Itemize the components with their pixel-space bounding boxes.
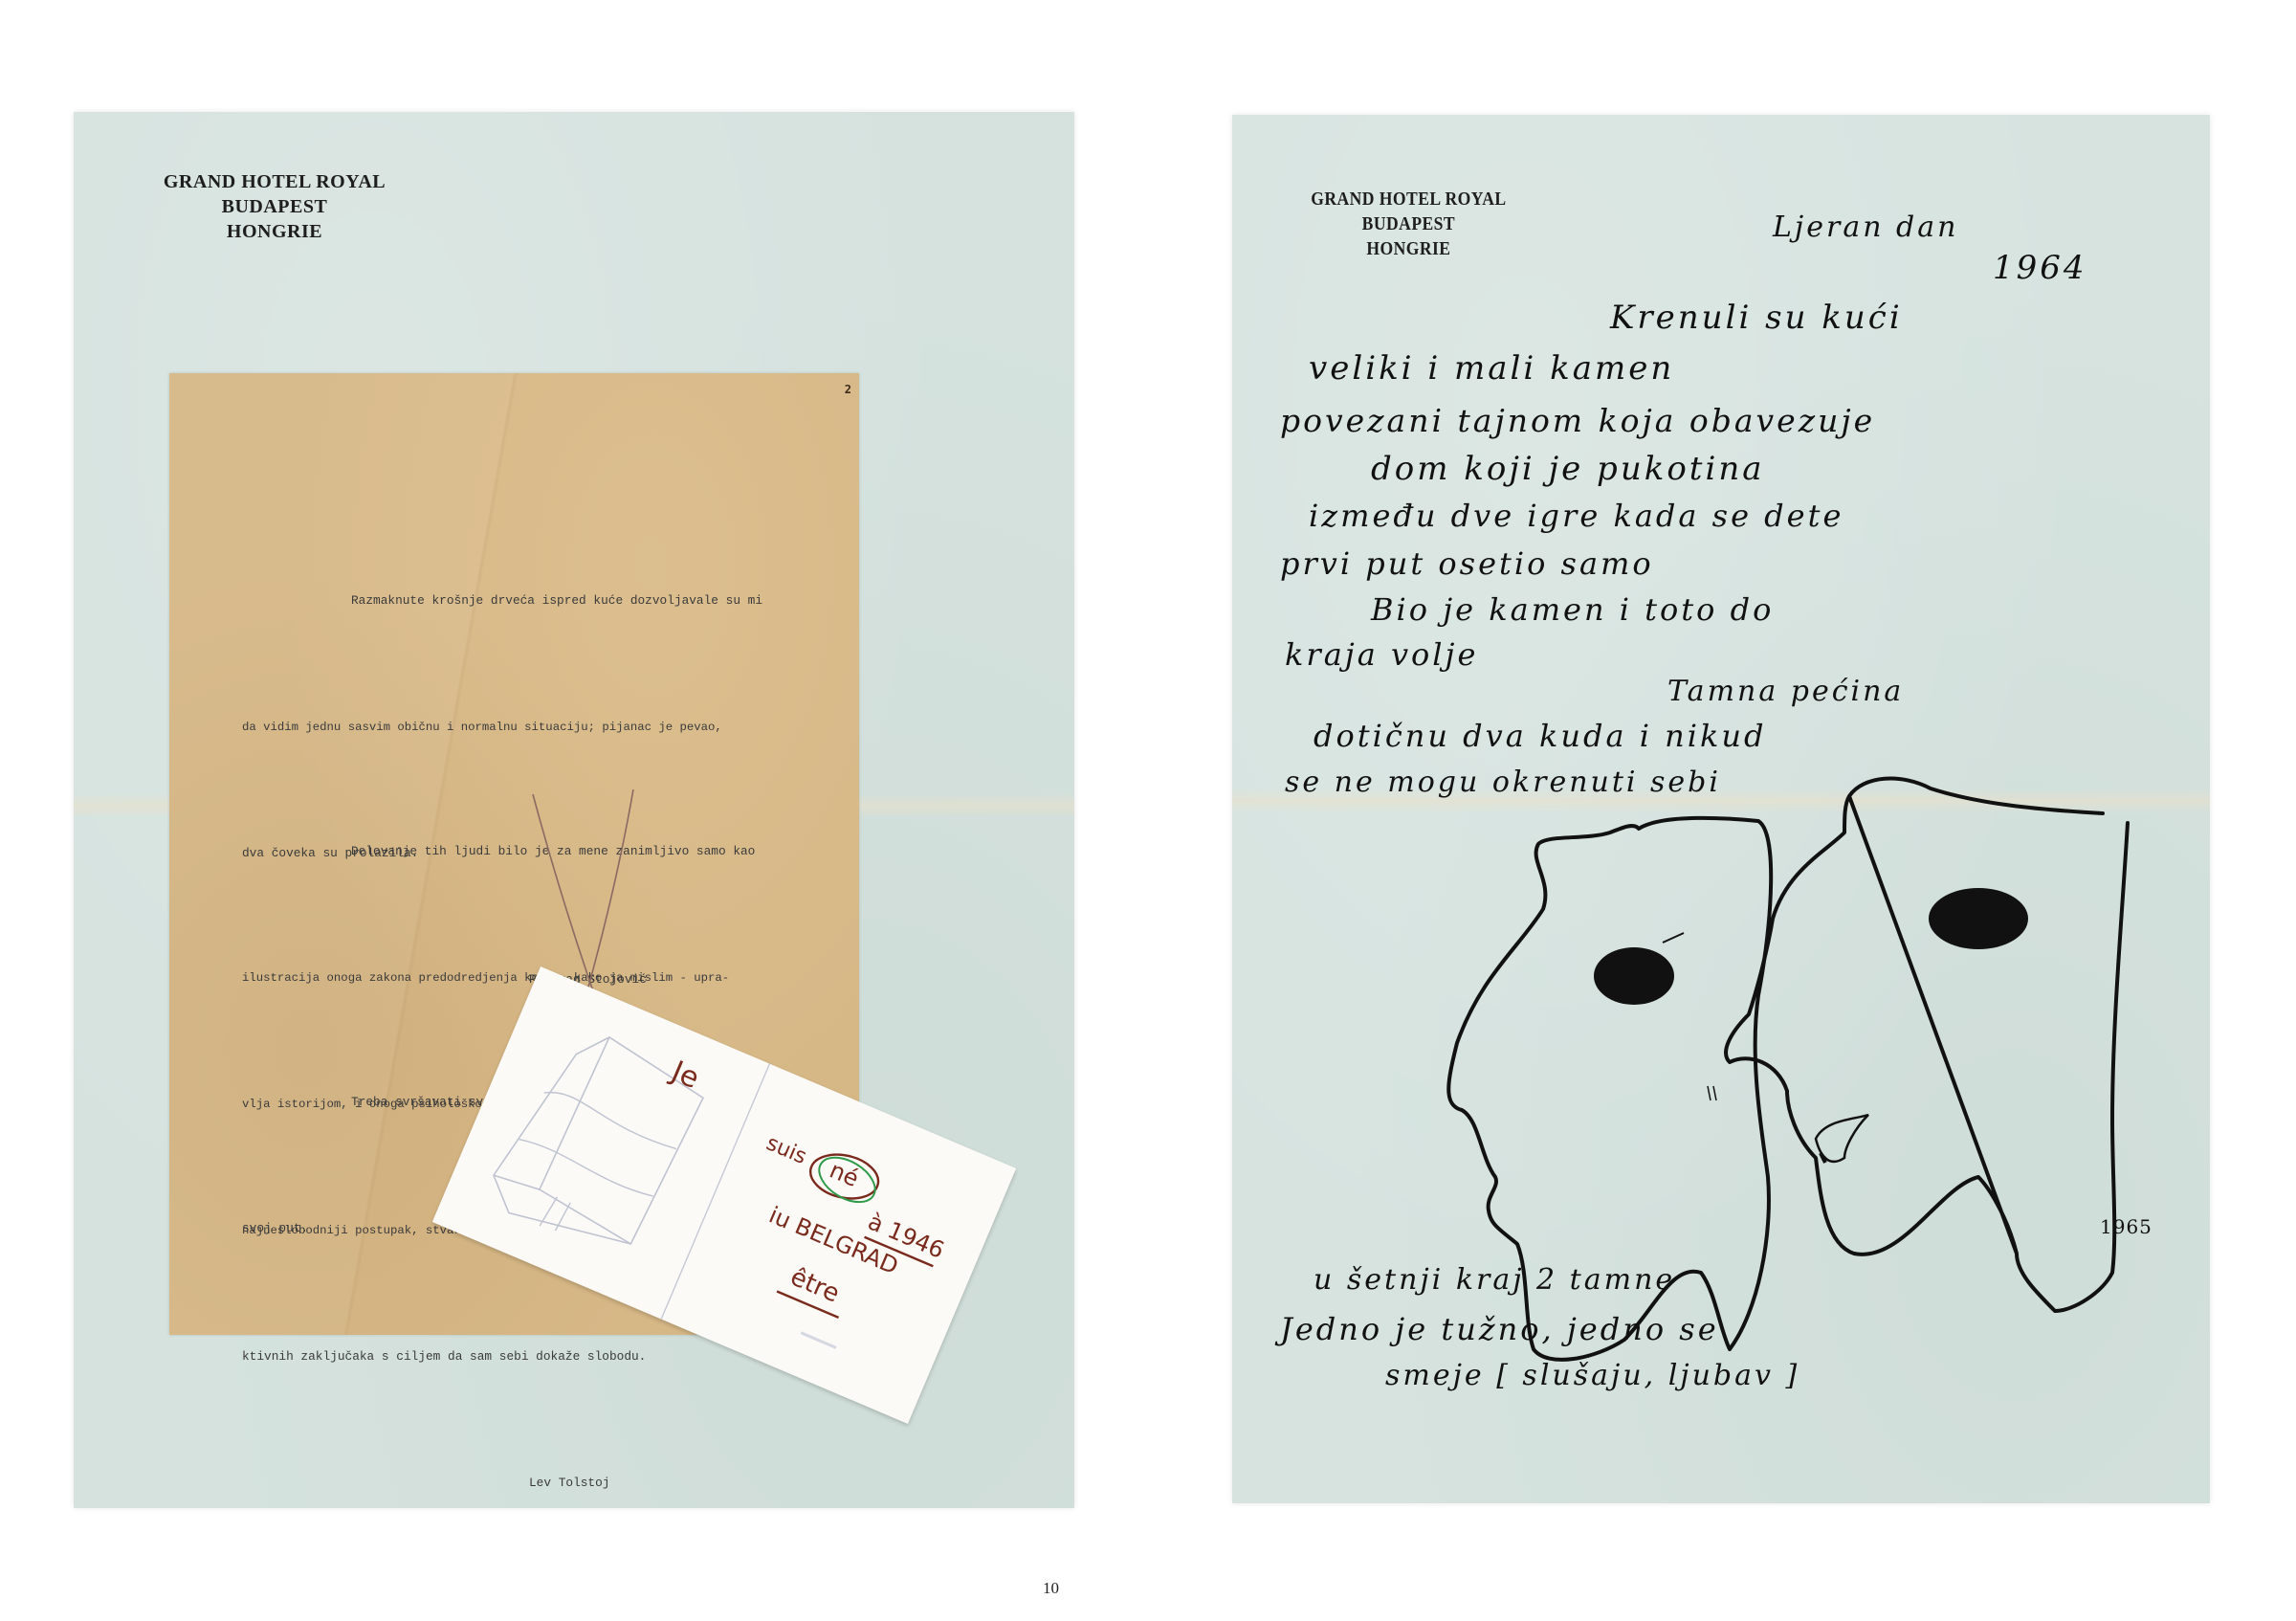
page-number: 10 [1043,1579,1059,1598]
letterhead-right: GRAND HOTEL ROYAL BUDAPEST HONGRIE [1299,187,1518,261]
closing-line: u šetnji kraj 2 tamne [1314,1263,1675,1297]
closing-line: Jedno je tužno, jedno se [1280,1311,1719,1347]
left-letter-sheet: GRAND HOTEL ROYAL BUDAPEST HONGRIE 2 Raz… [74,112,1074,1508]
letter-line: veliki i mali kamen [1309,349,1674,388]
letter-line: prvi put osetio samo [1280,545,1654,582]
letter-line: Bio je kamen i toto do [1371,591,1774,628]
dateline-year: 1964 [1993,249,2087,287]
letter-line: dotičnu dva kuda i nikud [1314,718,1766,754]
typed-line: Delovanje tih ljudi bilo je za mene zani… [242,831,816,873]
letterhead-line: BUDAPEST [150,194,399,219]
letterhead-line: GRAND HOTEL ROYAL [1299,187,1518,211]
letter-line: Tamna pećina [1667,675,1904,708]
drawing-year: 1965 [2100,1215,2152,1238]
letterhead-line: GRAND HOTEL ROYAL [150,169,399,194]
typed-line: Razmaknute krošnje drveća ispred kuće do… [242,580,816,622]
typed-page-marker: 2 [845,383,851,396]
letterhead-line: BUDAPEST [1299,211,1518,236]
letter-line: između dve igre kada se dete [1309,498,1843,534]
letter-line: kraja volje [1285,636,1478,673]
letter-line: dom koji je pukotina [1371,450,1765,488]
typed-attribution: Lev Tolstoj [242,1462,816,1504]
closing-line: smeje [ slušaju, ljubav ] [1385,1359,1799,1392]
letterhead-line: HONGRIE [1299,236,1518,261]
letter-line: povezani tajnom koja obavezuje [1280,402,1875,439]
letterhead-left: GRAND HOTEL ROYAL BUDAPEST HONGRIE [150,169,399,244]
letterhead-line: HONGRIE [150,219,399,244]
typed-line: da vidim jednu sasvim običnu i normalnu … [242,706,816,748]
letter-line: Krenuli su kući [1610,299,1903,337]
right-letter-sheet: GRAND HOTEL ROYAL BUDAPEST HONGRIE Ljera… [1232,115,2210,1503]
dateline-place: Ljeran dan [1773,211,1958,244]
